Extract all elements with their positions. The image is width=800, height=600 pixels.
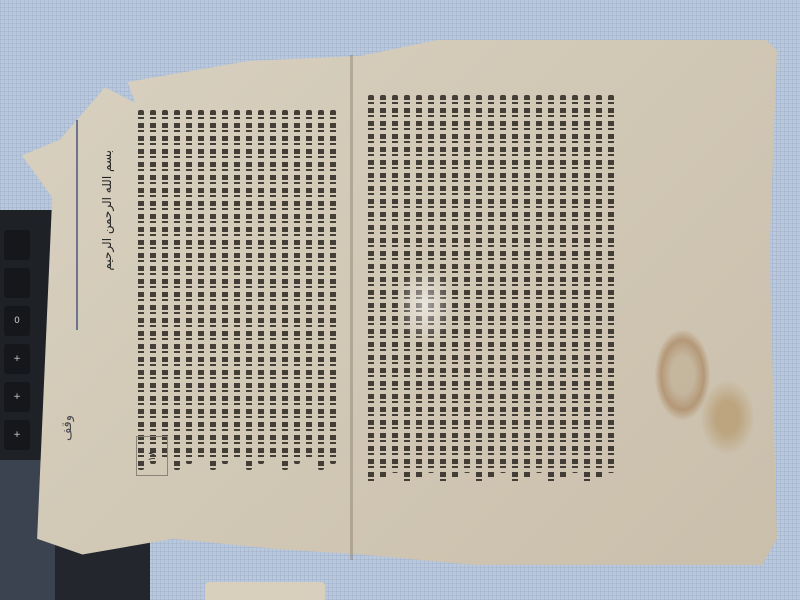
script-line: [536, 95, 542, 473]
script-line: [572, 95, 578, 473]
script-line: [380, 95, 386, 479]
margin-note: وقف: [60, 415, 75, 441]
text-column-left: [138, 110, 336, 470]
script-line: [234, 110, 240, 458]
keyboard-key: 0: [4, 306, 30, 336]
script-line: [150, 110, 156, 464]
script-line: [306, 110, 312, 458]
script-line: [174, 110, 180, 470]
script-line: [318, 110, 324, 470]
script-line: [548, 95, 554, 485]
script-line: [488, 95, 494, 479]
script-line: [596, 95, 602, 479]
script-line: [162, 110, 168, 458]
keyboard-key: +: [4, 344, 30, 374]
light-glare: [395, 265, 455, 345]
script-line: [464, 95, 470, 473]
folio-number: ١٨: [136, 436, 168, 476]
margin-rule: [76, 120, 78, 330]
keyboard-key: +: [4, 382, 30, 412]
script-line: [584, 95, 590, 485]
script-line: [330, 110, 336, 464]
script-line: [270, 110, 276, 458]
script-line: [282, 110, 288, 470]
script-line: [608, 95, 614, 473]
water-stain: [700, 380, 755, 455]
script-line: [476, 95, 482, 485]
script-line: [368, 95, 374, 485]
script-line: [560, 95, 566, 479]
page-fold: [350, 55, 353, 560]
script-line: [210, 110, 216, 470]
script-line: [452, 95, 458, 479]
script-line: [222, 110, 228, 464]
script-line: [500, 95, 506, 473]
paper-scrap: [205, 582, 325, 600]
script-line: [138, 110, 144, 470]
script-line: [512, 95, 518, 485]
script-line: [392, 95, 398, 473]
script-line: [186, 110, 192, 464]
script-line: [524, 95, 530, 479]
keyboard-key: +: [4, 420, 30, 450]
script-line: [258, 110, 264, 464]
keyboard-key: [4, 268, 30, 298]
script-line: [246, 110, 252, 470]
script-line: [198, 110, 204, 458]
keyboard-key: [4, 230, 30, 260]
script-line: [294, 110, 300, 464]
manuscript-heading: بسم الله الرحمن الرحيم: [100, 150, 114, 271]
